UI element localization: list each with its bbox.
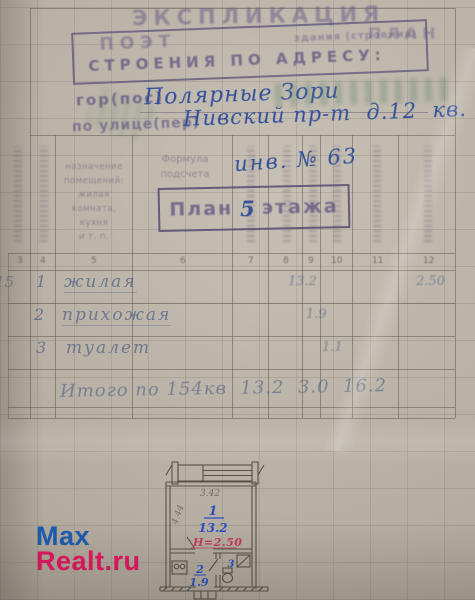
column-number: 12 <box>423 256 434 266</box>
row-name: жилая <box>64 272 137 293</box>
table-hline <box>8 369 455 370</box>
table-hline <box>8 303 455 304</box>
row-area: 1.9 <box>306 307 327 322</box>
header-smudge <box>333 146 341 242</box>
floor-plan-drawing: 3.42 4.44 1 13.2 Н=2.50 2 1.9 3 <box>125 448 300 600</box>
row-number: 3 <box>36 338 46 357</box>
header-smudge <box>309 146 317 242</box>
header-smudge <box>40 146 48 242</box>
document-photo: ЭКСПЛИКАЦИЯ ПЛАН ПОЭТ здания (строения) … <box>0 0 475 600</box>
street-label: по улице(пер) <box>72 115 201 135</box>
table-hline <box>8 270 455 271</box>
plan-room1-number: 1 <box>208 504 217 519</box>
column-number: 3 <box>17 256 23 266</box>
row-name: прихожая <box>62 305 171 326</box>
plan-room3-number: 3 <box>228 559 235 570</box>
column-number: 6 <box>180 256 186 266</box>
floor-stamp-suffix: этажа <box>262 195 339 219</box>
header-smudge <box>14 146 22 242</box>
totals-row-handwriting: Итого по 154кв 13.2 3.0 16.2 <box>60 375 387 402</box>
plan-room2-area: 1.9 <box>189 576 208 589</box>
watermark-realt: Realt.ru <box>36 549 141 574</box>
column-number: 5 <box>91 256 97 266</box>
table-vline <box>398 135 399 418</box>
plan-dim-side: 4.44 <box>170 504 187 527</box>
row-number: 1 <box>36 272 46 291</box>
column-number: 7 <box>248 256 254 266</box>
table-hline <box>8 253 455 254</box>
column-number: 9 <box>308 256 314 266</box>
header-smudge <box>373 146 381 242</box>
row-area: 1.1 <box>322 340 343 355</box>
column-number: 4 <box>40 256 46 266</box>
plan-room2-number: 2 <box>195 563 204 576</box>
purpose-column-header: назначение помещений: жилая комната, кух… <box>56 160 132 244</box>
plan-dim-top: 3.42 <box>200 489 220 499</box>
plan-room1-area: 13.2 <box>198 521 227 535</box>
table-hline <box>30 135 455 136</box>
table-hline <box>8 407 455 408</box>
floor-stamp-prefix: План <box>169 197 233 220</box>
header-smudge <box>283 146 291 242</box>
table-hline <box>8 336 455 337</box>
column-number: 11 <box>372 256 383 266</box>
address-stamp-box: ПОЭТ здания (строения) СТРОЕНИЯ ПО АДРЕС… <box>71 19 429 85</box>
table-vline <box>232 135 233 418</box>
address-stamp-line1: ПОЭТ <box>99 32 176 55</box>
address-stamp-smalltext: здания (строения) <box>294 29 418 45</box>
plan-height-note: Н=2.50 <box>192 536 242 549</box>
header-smudge <box>247 146 255 242</box>
formula-column-header: Формула подсчета <box>140 152 230 182</box>
row-height: 2.50 <box>416 274 445 289</box>
frame-left-line <box>30 8 31 418</box>
header-smudge <box>424 146 432 242</box>
column-number: 10 <box>331 256 342 266</box>
maxrealt-watermark: Max Realt.ru <box>36 524 141 574</box>
row-name: туалет <box>66 338 151 358</box>
row-area: 13.2 <box>288 274 317 289</box>
table-hline <box>8 418 455 419</box>
row-fragment: 15 <box>0 273 14 291</box>
table-vline <box>268 135 269 418</box>
frame-right-line <box>455 8 456 418</box>
left-shadow <box>0 0 44 600</box>
column-number: 8 <box>283 256 289 266</box>
row-number: 2 <box>34 305 44 324</box>
